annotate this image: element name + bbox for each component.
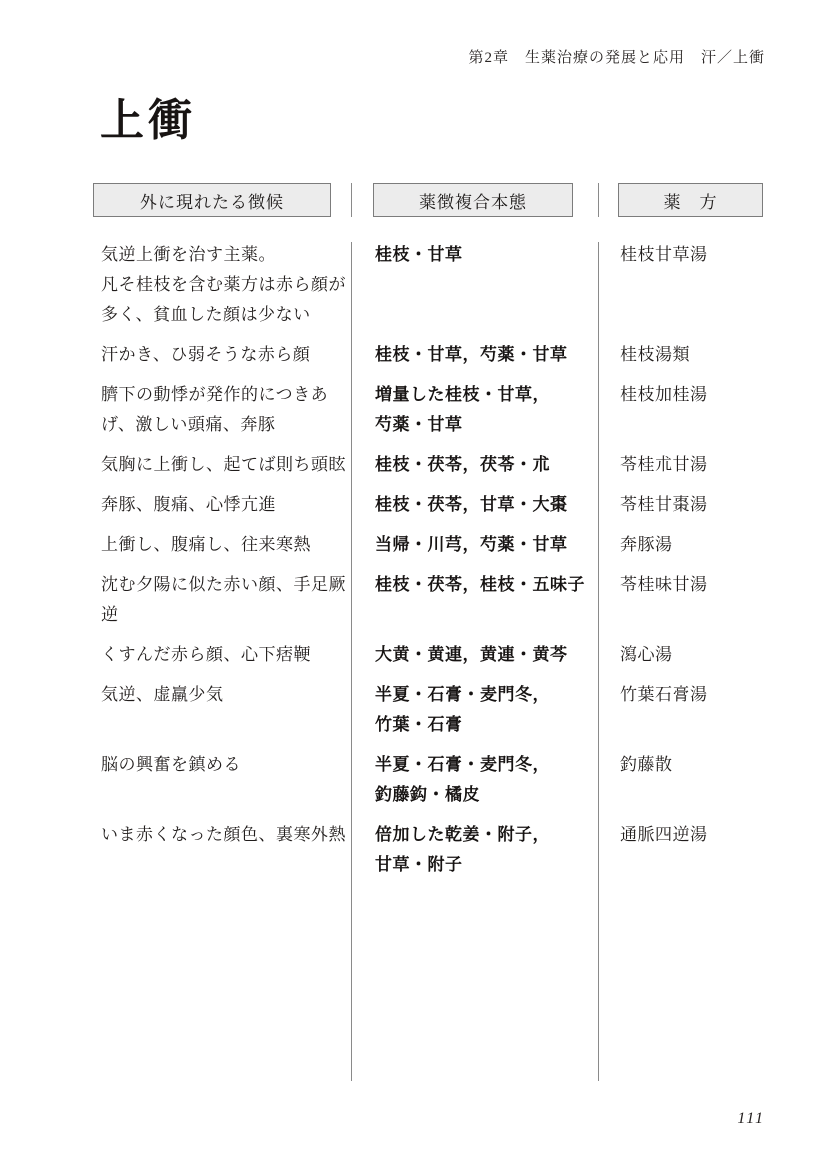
composition-cell-line: 増量した桂枝・甘草， — [375, 380, 620, 410]
table-row: 汗かき、ひ弱そうな赤ら顔桂枝・甘草，芍薬・甘草桂枝湯類 — [0, 340, 830, 370]
formula-cell-line: 桂枝加桂湯 — [620, 380, 800, 410]
table-row: 気胸に上衝し、起てば則ち頭眩桂枝・茯苓，茯苓・朮苓桂朮甘湯 — [0, 450, 830, 480]
formula-cell: 桂枝湯類 — [620, 340, 800, 370]
formula-cell-line: 奔豚湯 — [620, 530, 800, 560]
composition-cell-line: 桂枝・甘草 — [375, 240, 620, 270]
table-row: 上衝し、腹痛し、往来寒熱当帰・川芎，芍薬・甘草奔豚湯 — [0, 530, 830, 560]
table-row: 脳の興奮を鎮める半夏・石膏・麦門冬，釣藤鈎・橘皮釣藤散 — [0, 750, 830, 810]
composition-cell: 増量した桂枝・甘草，芍薬・甘草 — [375, 380, 620, 440]
table-row: くすんだ赤ら顔、心下痞鞕大黄・黄連，黄連・黄芩瀉心湯 — [0, 640, 830, 670]
composition-cell-line: 大黄・黄連，黄連・黄芩 — [375, 640, 620, 670]
formula-cell: 苓桂甘棗湯 — [620, 490, 800, 520]
table-body: 気逆上衝を治す主薬。凡そ桂枝を含む薬方は赤ら顔が多く、貧血した顔は少ない桂枝・甘… — [0, 240, 830, 890]
composition-cell-line: 倍加した乾姜・附子， — [375, 820, 620, 850]
sign-cell-line: 沈む夕陽に似た赤い顔、手足厥 — [101, 570, 375, 600]
composition-cell: 桂枝・茯苓，桂枝・五味子 — [375, 570, 620, 600]
sign-cell-line: 上衝し、腹痛し、往来寒熱 — [101, 530, 375, 560]
book-page: 第2章 生薬治療の発展と応用 汗／上衝 上衝 外に現れたる徴候 薬徴複合本態 薬… — [0, 0, 830, 1172]
composition-cell-line: 芍薬・甘草 — [375, 410, 620, 440]
formula-cell-line: 通脈四逆湯 — [620, 820, 800, 850]
composition-cell: 桂枝・茯苓，茯苓・朮 — [375, 450, 620, 480]
composition-cell-line: 桂枝・茯苓，甘草・大棗 — [375, 490, 620, 520]
composition-cell: 桂枝・甘草 — [375, 240, 620, 270]
formula-cell: 瀉心湯 — [620, 640, 800, 670]
composition-cell: 当帰・川芎，芍薬・甘草 — [375, 530, 620, 560]
sign-cell-line: 凡そ桂枝を含む薬方は赤ら顔が — [101, 270, 375, 300]
composition-cell: 桂枝・甘草，芍薬・甘草 — [375, 340, 620, 370]
sign-cell: 奔豚、腹痛、心悸亢進 — [101, 490, 375, 520]
table-row: 気逆、虚羸少気半夏・石膏・麦門冬，竹葉・石膏竹葉石膏湯 — [0, 680, 830, 740]
column-header-signs: 外に現れたる徴候 — [93, 183, 331, 217]
sign-cell: 上衝し、腹痛し、往来寒熱 — [101, 530, 375, 560]
composition-cell-line: 釣藤鈎・橘皮 — [375, 780, 620, 810]
sign-cell-line: 逆 — [101, 600, 375, 630]
formula-cell-line: 竹葉石膏湯 — [620, 680, 800, 710]
sign-cell: 気胸に上衝し、起てば則ち頭眩 — [101, 450, 375, 480]
formula-cell: 通脈四逆湯 — [620, 820, 800, 850]
sign-cell: 気逆、虚羸少気 — [101, 680, 375, 710]
sign-cell: 汗かき、ひ弱そうな赤ら顔 — [101, 340, 375, 370]
sign-cell-line: 気胸に上衝し、起てば則ち頭眩 — [101, 450, 375, 480]
table-row: いま赤くなった顔色、裏寒外熱倍加した乾姜・附子，甘草・附子通脈四逆湯 — [0, 820, 830, 880]
sign-cell-line: 臍下の動悸が発作的につきあ — [101, 380, 375, 410]
chapter-header: 第2章 生薬治療の発展と応用 汗／上衝 — [468, 46, 765, 67]
sign-cell-line: 多く、貧血した顔は少ない — [101, 300, 375, 330]
composition-cell-line: 桂枝・茯苓，茯苓・朮 — [375, 450, 620, 480]
formula-cell-line: 苓桂朮甘湯 — [620, 450, 800, 480]
sign-cell-line: くすんだ赤ら顔、心下痞鞕 — [101, 640, 375, 670]
formula-cell-line: 瀉心湯 — [620, 640, 800, 670]
composition-cell-line: 竹葉・石膏 — [375, 710, 620, 740]
sign-cell-line: 脳の興奮を鎮める — [101, 750, 375, 780]
sign-cell: いま赤くなった顔色、裏寒外熱 — [101, 820, 375, 850]
sign-cell: 沈む夕陽に似た赤い顔、手足厥逆 — [101, 570, 375, 630]
composition-cell-line: 当帰・川芎，芍薬・甘草 — [375, 530, 620, 560]
page-title: 上衝 — [100, 84, 196, 148]
sign-cell: 気逆上衝を治す主薬。凡そ桂枝を含む薬方は赤ら顔が多く、貧血した顔は少ない — [101, 240, 375, 330]
formula-cell: 苓桂味甘湯 — [620, 570, 800, 600]
sign-cell: 脳の興奮を鎮める — [101, 750, 375, 780]
formula-cell-line: 苓桂甘棗湯 — [620, 490, 800, 520]
sign-cell-line: 奔豚、腹痛、心悸亢進 — [101, 490, 375, 520]
sign-cell-line: 気逆上衝を治す主薬。 — [101, 240, 375, 270]
composition-cell: 大黄・黄連，黄連・黄芩 — [375, 640, 620, 670]
composition-cell: 桂枝・茯苓，甘草・大棗 — [375, 490, 620, 520]
column-divider-left-header — [351, 183, 352, 217]
table-row: 沈む夕陽に似た赤い顔、手足厥逆桂枝・茯苓，桂枝・五味子苓桂味甘湯 — [0, 570, 830, 630]
sign-cell-line: げ、激しい頭痛、奔豚 — [101, 410, 375, 440]
column-header-formula: 薬 方 — [618, 183, 763, 217]
sign-cell: くすんだ赤ら顔、心下痞鞕 — [101, 640, 375, 670]
formula-cell: 桂枝加桂湯 — [620, 380, 800, 410]
table-row: 奔豚、腹痛、心悸亢進桂枝・茯苓，甘草・大棗苓桂甘棗湯 — [0, 490, 830, 520]
formula-cell: 釣藤散 — [620, 750, 800, 780]
sign-cell-line: 汗かき、ひ弱そうな赤ら顔 — [101, 340, 375, 370]
formula-cell-line: 釣藤散 — [620, 750, 800, 780]
column-header-composition: 薬徴複合本態 — [373, 183, 573, 217]
formula-cell-line: 桂枝甘草湯 — [620, 240, 800, 270]
sign-cell: 臍下の動悸が発作的につきあげ、激しい頭痛、奔豚 — [101, 380, 375, 440]
composition-cell: 半夏・石膏・麦門冬，竹葉・石膏 — [375, 680, 620, 740]
sign-cell-line: いま赤くなった顔色、裏寒外熱 — [101, 820, 375, 850]
composition-cell-line: 半夏・石膏・麦門冬， — [375, 680, 620, 710]
composition-cell: 半夏・石膏・麦門冬，釣藤鈎・橘皮 — [375, 750, 620, 810]
formula-cell: 奔豚湯 — [620, 530, 800, 560]
composition-cell-line: 甘草・附子 — [375, 850, 620, 880]
formula-cell-line: 苓桂味甘湯 — [620, 570, 800, 600]
composition-cell-line: 桂枝・甘草，芍薬・甘草 — [375, 340, 620, 370]
page-number: 111 — [737, 1110, 765, 1128]
sign-cell-line: 気逆、虚羸少気 — [101, 680, 375, 710]
composition-cell-line: 半夏・石膏・麦門冬， — [375, 750, 620, 780]
formula-cell: 桂枝甘草湯 — [620, 240, 800, 270]
composition-cell-line: 桂枝・茯苓，桂枝・五味子 — [375, 570, 620, 600]
column-divider-right-header — [598, 183, 599, 217]
table-row: 臍下の動悸が発作的につきあげ、激しい頭痛、奔豚増量した桂枝・甘草，芍薬・甘草桂枝… — [0, 380, 830, 440]
composition-cell: 倍加した乾姜・附子，甘草・附子 — [375, 820, 620, 880]
table-row: 気逆上衝を治す主薬。凡そ桂枝を含む薬方は赤ら顔が多く、貧血した顔は少ない桂枝・甘… — [0, 240, 830, 330]
formula-cell: 苓桂朮甘湯 — [620, 450, 800, 480]
formula-cell-line: 桂枝湯類 — [620, 340, 800, 370]
formula-cell: 竹葉石膏湯 — [620, 680, 800, 710]
